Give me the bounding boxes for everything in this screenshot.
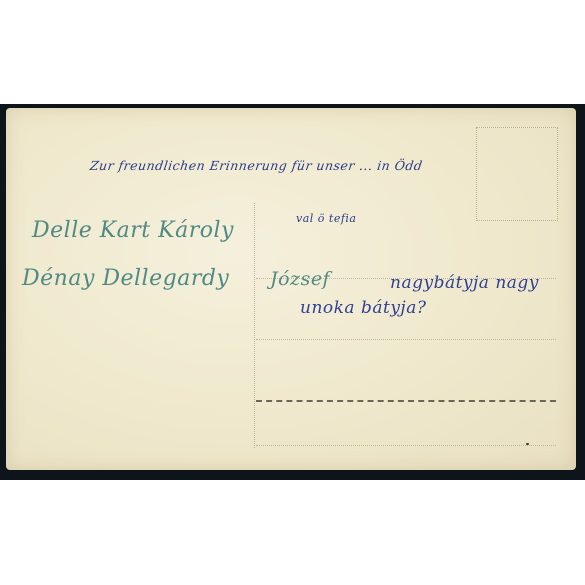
ink-speck <box>526 443 529 445</box>
address-line-2 <box>256 339 556 340</box>
handwritten-continuation-1: József <box>270 268 330 290</box>
handwritten-name-2: Dénay Dellegardy <box>22 266 229 291</box>
handwritten-dedication: Zur freundlichen Erinnerung für unser ..… <box>89 158 424 173</box>
postcard-back: Zur freundlichen Erinnerung für unser ..… <box>6 108 576 470</box>
handwritten-continuation-3: unoka bátyja? <box>300 298 426 318</box>
handwritten-continuation-2: nagybátyja nagy <box>390 273 539 293</box>
address-line-3 <box>256 400 556 402</box>
handwritten-side-note: val ö tefia <box>296 212 356 225</box>
vertical-divider <box>254 203 255 448</box>
address-line-4 <box>256 445 556 446</box>
handwritten-name-1: Delle Kart Károly <box>32 218 234 243</box>
stamp-placeholder-box <box>476 127 558 221</box>
